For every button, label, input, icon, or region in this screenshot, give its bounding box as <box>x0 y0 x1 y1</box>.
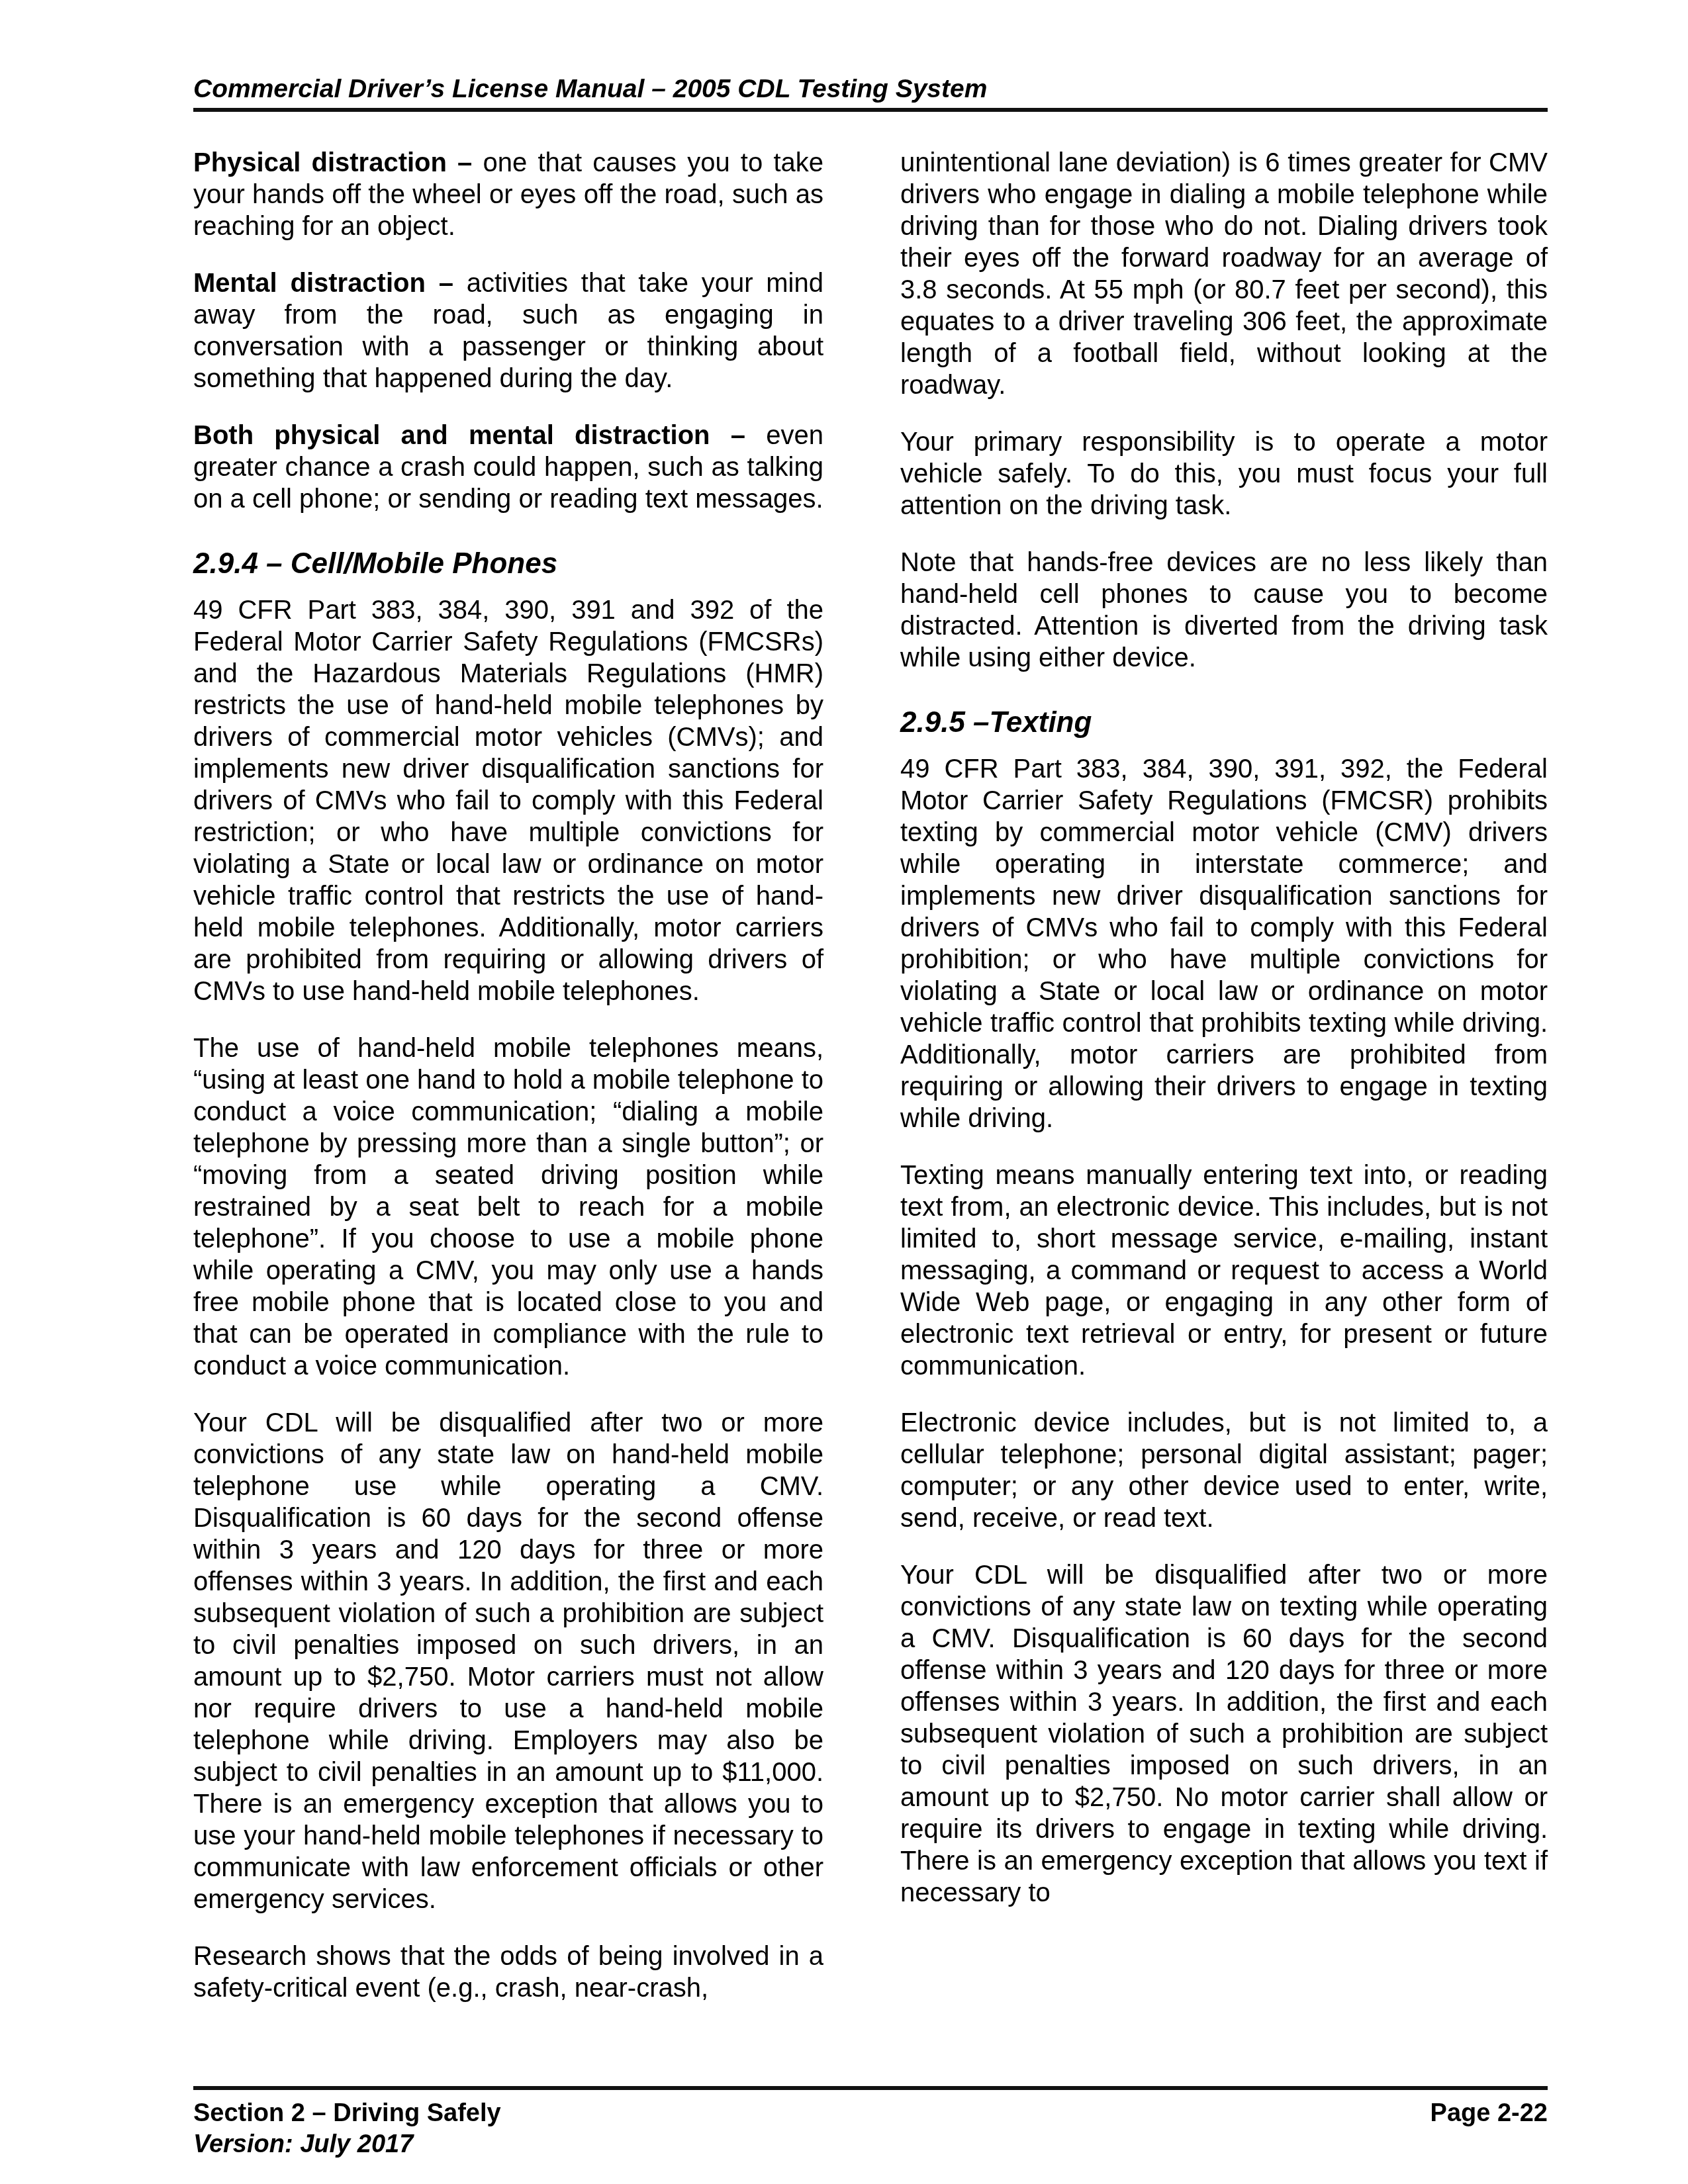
paragraph: Your CDL will be disqualified after two … <box>900 1559 1548 1909</box>
paragraph: Note that hands-free devices are no less… <box>900 547 1548 674</box>
paragraph: unintentional lane deviation) is 6 times… <box>900 147 1548 401</box>
paragraph: Your primary responsibility is to operat… <box>900 426 1548 522</box>
paragraph: Physical distraction – one that causes y… <box>193 147 823 242</box>
two-column-body: Physical distraction – one that causes y… <box>193 147 1548 2029</box>
paragraph-lead-bold: Mental distraction – <box>193 269 467 298</box>
left-column: Physical distraction – one that causes y… <box>193 147 823 2029</box>
paragraph: 49 CFR Part 383, 384, 390, 391, 392, the… <box>900 753 1548 1134</box>
section-heading: 2.9.4 – Cell/Mobile Phones <box>193 547 823 581</box>
paragraph: 49 CFR Part 383, 384, 390, 391 and 392 o… <box>193 594 823 1007</box>
paragraph: Research shows that the odds of being in… <box>193 1940 823 2004</box>
footer-section-label: Section 2 – Driving Safely <box>193 2098 501 2129</box>
paragraph-lead-bold: Both physical and mental distraction – <box>193 421 766 450</box>
paragraph: Your CDL will be disqualified after two … <box>193 1407 823 1915</box>
paragraph: Electronic device includes, but is not l… <box>900 1407 1548 1534</box>
footer-rule <box>193 2086 1548 2090</box>
footer-page-number: Page 2-22 <box>1430 2098 1548 2129</box>
paragraph: The use of hand-held mobile telephones m… <box>193 1032 823 1382</box>
paragraph: Mental distraction – activities that tak… <box>193 267 823 394</box>
footer-version-label: Version: July 2017 <box>193 2129 501 2160</box>
paragraph-lead-bold: Physical distraction – <box>193 148 483 177</box>
page-header-title: Commercial Driver’s License Manual – 200… <box>193 74 1548 105</box>
right-column: unintentional lane deviation) is 6 times… <box>900 147 1548 2029</box>
document-page: Commercial Driver’s License Manual – 200… <box>0 0 1688 2184</box>
header-rule <box>193 108 1548 112</box>
footer-left: Section 2 – Driving Safely Version: July… <box>193 2098 501 2160</box>
paragraph: Both physical and mental distraction – e… <box>193 420 823 515</box>
paragraph: Texting means manually entering text int… <box>900 1160 1548 1382</box>
section-heading: 2.9.5 –Texting <box>900 705 1548 740</box>
